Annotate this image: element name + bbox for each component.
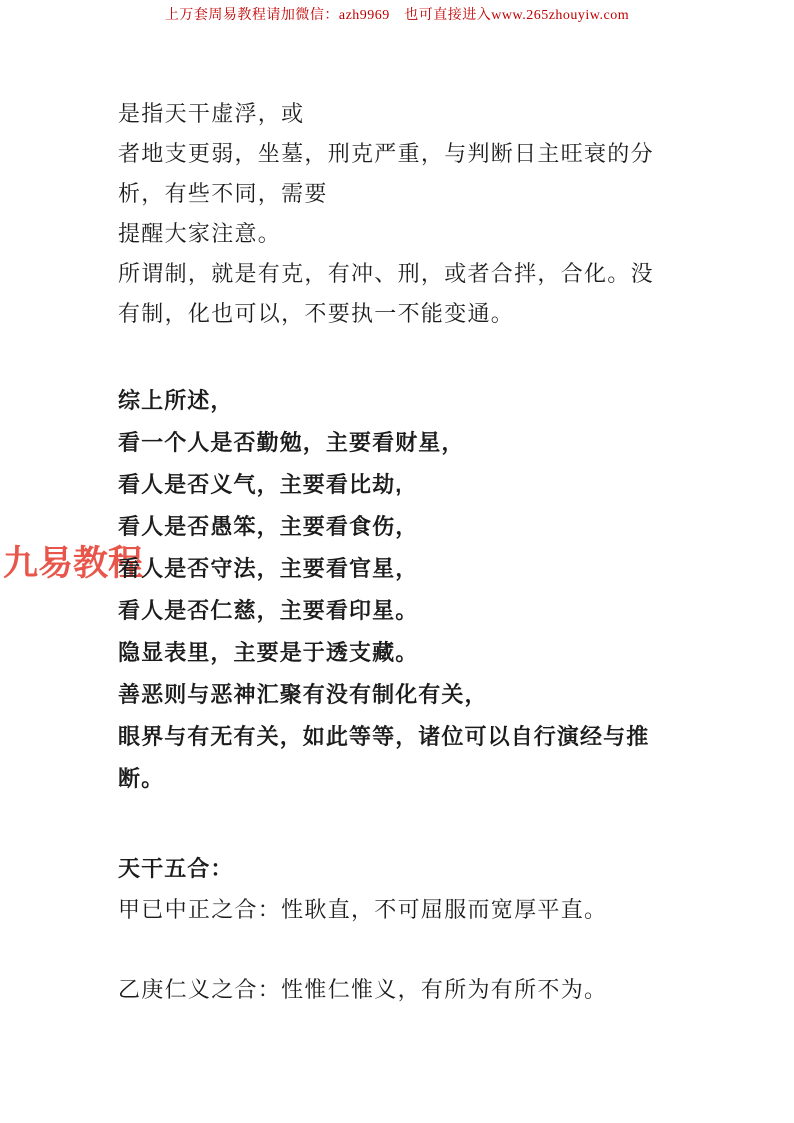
section-heading-tiangan-wuhe: 天干五合： <box>118 848 718 890</box>
body-text-line: 者地支更弱，坐墓，刑克严重，与判断日主旺衰的分 <box>118 134 718 174</box>
summary-text-line: 看一个人是否勤勉，主要看财星， <box>118 422 718 464</box>
body-text-line: 乙庚仁义之合：性惟仁惟义，有所为有所不为。 <box>118 970 718 1010</box>
body-text-line: 是指天干虚浮，或 <box>118 94 718 134</box>
body-text-line: 甲已中正之合：性耿直，不可屈服而宽厚平直。 <box>118 890 718 930</box>
body-text-line: 析，有些不同，需要 <box>118 174 718 214</box>
summary-text-line: 看人是否义气，主要看比劫, <box>118 464 718 506</box>
summary-text-line: 看人是否愚笨，主要看食伤， <box>118 506 718 548</box>
summary-text-line: 看人是否仁慈，主要看印星。 <box>118 590 718 632</box>
document-page: 上万套周易教程请加微信：azh9969 也可直接进入www.265zhouyiw… <box>0 0 794 1123</box>
summary-text-line: 隐显表里，主要是于透支藏。 <box>118 632 718 674</box>
summary-text-line: 综上所述， <box>118 380 718 422</box>
body-text-line: 有制，化也可以，不要执一不能变通。 <box>118 294 718 334</box>
summary-text-line: 看人是否守法，主要看官星， <box>118 548 718 590</box>
body-text-line: 所谓制，就是有克，有冲、刑，或者合拌，合化。没 <box>118 254 718 294</box>
summary-block: 综上所述， 看一个人是否勤勉，主要看财星， 看人是否义气，主要看比劫, 看人是否… <box>118 380 718 800</box>
summary-text-line: 善恶则与恶神汇聚有没有制化有关， <box>118 674 718 716</box>
body-text-line: 提醒大家注意。 <box>118 214 718 254</box>
document-body: 是指天干虚浮，或 者地支更弱，坐墓，刑克严重，与判断日主旺衰的分 析，有些不同，… <box>118 94 718 1010</box>
summary-text-line: 断。 <box>118 758 718 800</box>
header-banner-text: 上万套周易教程请加微信：azh9969 也可直接进入www.265zhouyiw… <box>0 4 794 24</box>
summary-text-line: 眼界与有无有关，如此等等，诸位可以自行演经与推 <box>118 716 718 758</box>
